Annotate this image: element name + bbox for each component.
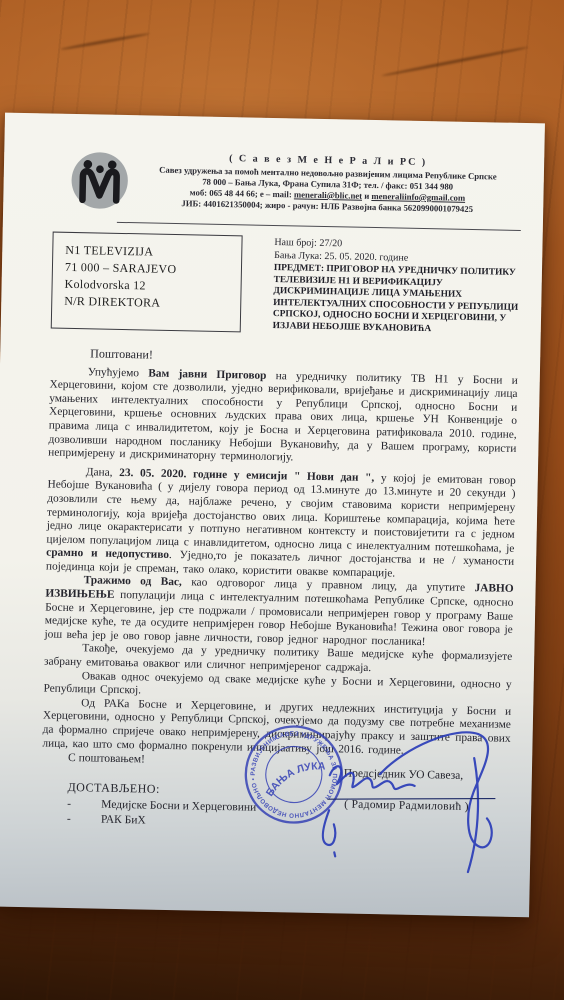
subject-line: ПРЕДМЕТ: ПРИГОВОР НА УРЕДНИЧКУ ПОЛИТИКУ … — [273, 263, 520, 337]
letter-page: ( С а в е з М е Н е Р а Л и РС ) Савез у… — [0, 113, 545, 918]
paragraph-6: Од РАКа Босне и Херцеговине, и других не… — [42, 696, 511, 760]
paragraph-2: Дана, 23. 05. 2020. године у емисији " Н… — [46, 465, 516, 583]
org-logo — [69, 150, 134, 216]
paragraph-3: Тражимо од Вас, као одговорог лица у пра… — [44, 574, 513, 651]
letterhead-divider — [117, 222, 521, 231]
signatory-name: ( Радомир Радмиловић ) — [344, 799, 469, 813]
delivered-item-label: РАК БиХ — [101, 814, 146, 827]
recipient-meta-row: N1 TELEVIZIJA 71 000 – SARAJEVO Kolodvor… — [51, 232, 521, 338]
photo-of-letter-on-desk: ( С а в е з М е Н е Р а Л и РС ) Савез у… — [0, 0, 564, 1000]
people-m-logo-icon — [69, 150, 130, 211]
letterhead-text: ( С а в е з М е Н е Р а Л и РС ) Савез у… — [133, 151, 522, 216]
paragraph-1: Упућујемо Вам јавни Приговор на уредничк… — [48, 365, 518, 470]
letter-meta: Наш број: 27/20 Бања Лука: 25. 05. 2020.… — [273, 236, 521, 337]
recipient-line: N/R DIREKTORA — [64, 293, 232, 313]
list-dash: - — [67, 813, 101, 826]
wood-grain-streak — [60, 32, 149, 51]
wood-grain-streak — [381, 46, 529, 78]
recipient-address-box: N1 TELEVIZIJA 71 000 – SARAJEVO Kolodvor… — [51, 232, 243, 332]
delivered-item-label: Медијске Босни и Херцеговини — [101, 799, 256, 814]
list-dash: - — [67, 798, 101, 811]
letterhead: ( С а в е з М е Н е Р а Л и РС ) Савез у… — [53, 150, 522, 224]
signatory-title: Предсједник УО Савеза, — [344, 768, 464, 782]
